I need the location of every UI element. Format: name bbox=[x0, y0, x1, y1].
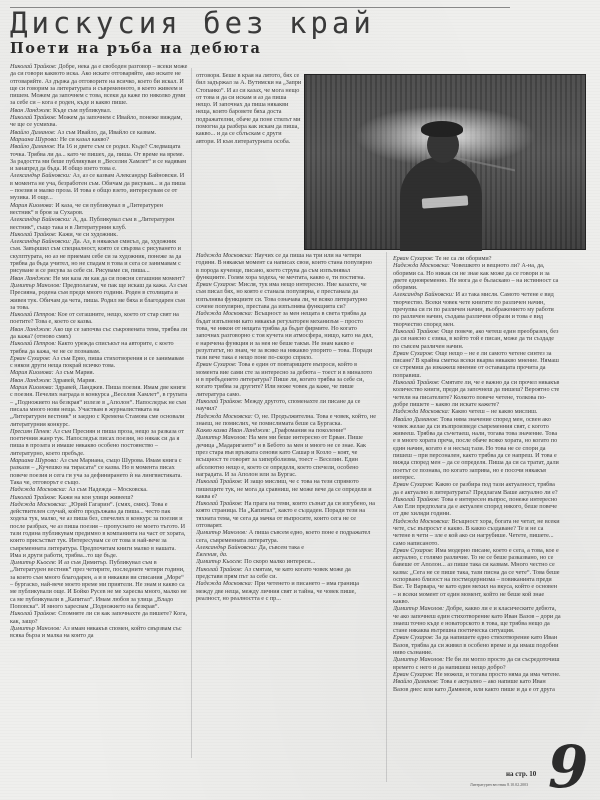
speaker-name: Николай Трайков: bbox=[393, 379, 441, 386]
speaker-text: Има модерно писане, което е сега, а това… bbox=[393, 547, 560, 605]
speaker-name: Надежда Московска: bbox=[10, 486, 68, 493]
speaker-name: Надежда Московска: bbox=[196, 252, 254, 259]
speaker-name: Ерван Сухаров: bbox=[10, 355, 52, 362]
speaker-name: Николай Трайков: bbox=[196, 478, 244, 485]
speaker-text: Не ми каза ли как да си поясня сегашния … bbox=[53, 275, 185, 282]
dialogue-paragraph: Александър Байновски: А, да. Публикувал … bbox=[10, 216, 188, 231]
dialogue-paragraph: Николай Трайков: Спомняте ли си как запо… bbox=[10, 610, 188, 625]
dialogue-paragraph: Надежда Московска: Научих се да пиша на … bbox=[196, 252, 376, 281]
dialogue-paragraph: Димитър Манолов: Предполагам, че пак ще … bbox=[10, 282, 188, 311]
speaker-name: Мария Киомова: bbox=[10, 369, 55, 376]
dialogue-paragraph: Димитър Манолов: На мен ми беше интересн… bbox=[196, 434, 376, 478]
speaker-text: Кажи на кои улици живееш? bbox=[58, 494, 133, 501]
dialogue-paragraph: Надежда Московска: Човешкото и вещното л… bbox=[393, 262, 561, 291]
speaker-name: Иван Ланджев: bbox=[10, 326, 53, 333]
speaker-name: Ерван Сухаров: bbox=[393, 255, 435, 262]
dialogue-paragraph: Пресиян Пенев: Аз съм Пресиян и пиша про… bbox=[10, 428, 188, 457]
dialogue-paragraph: Евгения, да. bbox=[196, 551, 376, 558]
speaker-name: Надежда Московска: bbox=[196, 580, 254, 587]
speaker-name: Ивайло Диманов: bbox=[393, 678, 440, 685]
speaker-text: Здравей, Мария. bbox=[53, 377, 96, 384]
speaker-name: Мария Киомова: bbox=[10, 384, 55, 391]
speaker-text: Здравей, Ланджев. Пиша поезия. Имам две … bbox=[10, 384, 187, 427]
continuation-note: на стр. 10 bbox=[506, 770, 536, 778]
speaker-name: Александър Байновски: bbox=[10, 216, 73, 223]
speaker-name: Димитър Манолов: bbox=[196, 434, 249, 441]
dialogue-paragraph: Иван Ланджев: Здравей, Мария. bbox=[10, 377, 188, 384]
speaker-name: Надежда Московска: bbox=[10, 501, 68, 508]
speaker-name: Ивайло Диманов: bbox=[10, 129, 57, 136]
speaker-text: Какво четеш – не какво мислиш. bbox=[451, 408, 537, 415]
dialogue-paragraph: Надежда Московска: При четенето и писане… bbox=[196, 580, 376, 602]
speaker-name: Николай Трайков: bbox=[10, 231, 58, 238]
article-column-middle: Надежда Московска: Научих се да пиша на … bbox=[196, 252, 376, 780]
speaker-name: Ивайло Диманов: bbox=[393, 416, 440, 423]
dialogue-paragraph: Ерван Сухаров: Какво се разбира под тази… bbox=[393, 481, 561, 496]
speaker-text: Да, съвсем така е bbox=[259, 544, 304, 551]
speaker-name: Надежда Московска: bbox=[393, 518, 451, 525]
speaker-name: Мария Киомова: bbox=[10, 202, 55, 209]
speaker-name: Димитър Манолов: bbox=[393, 605, 446, 612]
speaker-text: Не си казал какво? bbox=[60, 136, 109, 143]
speaker-name: Александър Байновски: bbox=[196, 544, 259, 551]
dialogue-paragraph: Ерван Сухаров: Още нещо – не е ли самото… bbox=[393, 350, 561, 379]
speaker-name: Мариана Шурова: bbox=[10, 136, 60, 143]
speaker-name: Мариана Шурова: bbox=[10, 457, 60, 464]
speaker-name: Димитър Манолов: bbox=[196, 529, 249, 536]
speaker-name: Николай Трайков: bbox=[10, 63, 58, 70]
speaker-name: Николай Трайков: bbox=[393, 328, 441, 335]
speaker-name: Евгения, да. bbox=[196, 551, 228, 558]
dialogue-paragraph: Димитър Кьосев: По скоро малко интереси.… bbox=[196, 558, 376, 565]
dialogue-paragraph: Мариана Шурова: Аз съм Мариана, също Шур… bbox=[10, 457, 188, 486]
speaker-name: Александър Байновски: bbox=[10, 172, 73, 179]
speaker-text: Къде съм публикувал. bbox=[53, 107, 111, 114]
article-column-left: Николай Трайков: Добре, нека да е свобод… bbox=[10, 63, 188, 753]
dialogue-paragraph: Ерван Сухаров: Те не са ли оборими? bbox=[393, 255, 561, 262]
newspaper-page: Дискусия без край Поети на ръба на дебют… bbox=[0, 0, 600, 800]
dialogue-paragraph: Ерван Сухаров: Има модерно писане, което… bbox=[393, 547, 561, 605]
dialogue-paragraph: Николай Трайков: Аз смятам, че като кога… bbox=[196, 566, 376, 581]
speaker-name: Надежда Московска: bbox=[393, 408, 451, 415]
speaker-text: „Графомания на поколение“ bbox=[272, 427, 346, 434]
dialogue-paragraph: Ивайло Диманов: Аз съм Ивайло, да, Ивайл… bbox=[10, 129, 188, 136]
headline: Дискусия без край bbox=[10, 6, 375, 40]
speaker-name: Ерван Сухаров: bbox=[393, 547, 435, 554]
dialogue-paragraph: Надежда Московска: „Юрий Гагарин“. (смях… bbox=[10, 501, 188, 559]
speaker-name: Ерван Сухаров: bbox=[393, 350, 435, 357]
dialogue-paragraph: Иван Ланджев: Къде съм публикувал. bbox=[10, 107, 188, 114]
speaker-text: Това няма значение според мен, освен ако… bbox=[393, 416, 559, 481]
speaker-name: Ерван Сухаров: bbox=[196, 281, 238, 288]
source-note: Литературен вестник 8.10.02.2003 bbox=[470, 782, 528, 787]
dialogue-paragraph: Ерван Сухаров: Мисля, тук има нещо интер… bbox=[196, 281, 376, 310]
column-divider bbox=[386, 252, 387, 782]
dialogue-paragraph: Димитър Манолов: Не би ли могло просто д… bbox=[393, 656, 561, 671]
dialogue-paragraph: Александър Байновски: Да. Аз, в някакъв … bbox=[10, 238, 188, 274]
speaker-name: Николай Трайков: bbox=[10, 114, 58, 121]
article-column-middle-top: отговоря. Беше в края на лятото, бях се … bbox=[196, 72, 302, 250]
dialogue-paragraph: Николай Трайков: На прага на теми, които… bbox=[196, 500, 376, 529]
speaker-name: Николай Трайков: bbox=[196, 398, 244, 405]
speaker-text: Добре, нека да е свободен разговор – все… bbox=[10, 63, 187, 106]
dialogue-paragraph: Николай Трайков: Още повече, ако четеш е… bbox=[393, 328, 561, 350]
dialogue-paragraph: Николай Петров: Както урежда списъкът на… bbox=[10, 340, 188, 355]
dialogue-paragraph: Ерван Сухаров: Аз съм Ерво, пиша стихотв… bbox=[10, 355, 188, 370]
speaker-name: Надежда Московска: bbox=[196, 413, 254, 420]
dialogue-paragraph: Димитър Манолов: А пиша съвсем едно, кое… bbox=[196, 529, 376, 544]
dialogue-paragraph: Ивайло Диманов: На 16 и двете съм се род… bbox=[10, 143, 188, 172]
dialogue-paragraph: Иван Ланджев: Ако ще се започва със съкр… bbox=[10, 326, 188, 341]
dialogue-paragraph: Ерван Сухаров: Не можеш, и тогава просто… bbox=[393, 671, 561, 678]
speaker-name: Ерван Сухаров: bbox=[393, 634, 435, 641]
dialogue-paragraph: Мария Киомова: Здравей, Ланджев. Пиша по… bbox=[10, 384, 188, 428]
speaker-name: Николай Петров: bbox=[10, 311, 58, 318]
speaker-text: Аз съм Надежда – Московска. bbox=[68, 486, 147, 493]
speaker-name: Надежда Московска: bbox=[393, 262, 451, 269]
dialogue-paragraph: Мария Киомова: Аз съм Мария. bbox=[10, 369, 188, 376]
speaker-name: Димитър Манолов: bbox=[10, 282, 63, 289]
speaker-text: „Юрий Гагарин“. (смях, смях). Това е дей… bbox=[10, 501, 185, 559]
dialogue-paragraph: Николай Трайков: Можем да започнем с Ива… bbox=[10, 114, 188, 129]
dialogue-paragraph: Ивайло Диманов: Това няма значение споре… bbox=[393, 416, 561, 482]
dialogue-paragraph: Александър Байновски: И аз така мисля. С… bbox=[393, 291, 561, 327]
speaker-name: Ивайло Диманов: bbox=[10, 143, 57, 150]
dialogue-paragraph: Ерван Сухаров: За да напишете едно стихо… bbox=[393, 634, 561, 656]
speaker-name: Димитър Манолов: bbox=[393, 656, 446, 663]
speaker-name: Какво казва Иван Ланджев: bbox=[196, 427, 272, 434]
speaker-name: Николай Трайков: bbox=[196, 566, 244, 573]
speaker-name: Димитър Кьосев: bbox=[10, 559, 58, 566]
speaker-name: Димитър Манолов: bbox=[10, 625, 63, 632]
dialogue-paragraph: Надежда Московска: Аз съм Надежда – Моск… bbox=[10, 486, 188, 493]
column-divider bbox=[191, 68, 192, 758]
dialogue-paragraph: Иван Ланджев: Не ми каза ли как да си по… bbox=[10, 275, 188, 282]
page-number: 9 bbox=[548, 738, 588, 796]
dialogue-paragraph: Николай Трайков: И защо мислиш, че с тов… bbox=[196, 478, 376, 500]
dialogue-paragraph: Надежда Московска: Всъщност хора, богата… bbox=[393, 518, 561, 547]
speaker-name: Александър Байновски: bbox=[10, 238, 73, 245]
speaker-text: По скоро малко интереси... bbox=[244, 558, 315, 565]
subheadline: Поети на ръба на дебюта bbox=[10, 40, 261, 58]
dialogue-paragraph: Николай Трайков: Между другото, споменах… bbox=[196, 398, 376, 413]
photo-figure-hat bbox=[421, 121, 463, 137]
dialogue-paragraph: Николай Трайков: Кажи на кои улици живее… bbox=[10, 494, 188, 501]
dialogue-paragraph: Димитър Кьосев: И аз съм Димитър. Публик… bbox=[10, 559, 188, 610]
speaker-name: Иван Ланджев: bbox=[10, 377, 53, 384]
article-column-right: Ерван Сухаров: Те не са ли оборими?Надеж… bbox=[393, 255, 561, 695]
dialogue-paragraph: Надежда Московска: О, не. Продължителна.… bbox=[196, 413, 376, 428]
dialogue-paragraph: Димитър Манолов: Добре, какво ли е и кла… bbox=[393, 605, 561, 634]
speaker-text: Всъщност за мен нещата в света трябва да… bbox=[196, 310, 373, 361]
speaker-name: Ерван Сухаров: bbox=[393, 671, 435, 678]
dialogue-paragraph: Какво казва Иван Ланджев: „Графомания на… bbox=[196, 427, 376, 434]
speaker-text: Кажи, че си художник. bbox=[58, 231, 118, 238]
speaker-name: Николай Трайков: bbox=[10, 610, 58, 617]
dialogue-paragraph: Ерван Сухаров: Това е един от повтарящит… bbox=[196, 361, 376, 397]
speaker-name: Пресиян Пенев: bbox=[10, 428, 53, 435]
dialogue-paragraph: Надежда Московска: Какво четеш – не какв… bbox=[393, 408, 561, 415]
speaker-name: Ерван Сухаров: bbox=[196, 361, 238, 368]
speaker-name: Николай Трайков: bbox=[393, 496, 441, 503]
dialogue-paragraph: Мариана Шурова: Не си казал какво? bbox=[10, 136, 188, 143]
dialogue-paragraph: Александър Байновски: Да, съвсем така е bbox=[196, 544, 376, 551]
speaker-name: Николай Трайков: bbox=[10, 494, 58, 501]
speaker-text: Те не са ли оборими? bbox=[435, 255, 491, 262]
speaker-text: Аз съм Мария. bbox=[55, 369, 94, 376]
speaker-name: Димитър Кьосев: bbox=[196, 558, 244, 565]
article-photo bbox=[304, 74, 586, 250]
paragraph: отговоря. Беше в края на лятото, бях се … bbox=[196, 72, 302, 145]
dialogue-paragraph: Николай Трайков: Смятате ли, че е важно … bbox=[393, 379, 561, 408]
speaker-name: Иван Ланджев: bbox=[10, 107, 53, 114]
speaker-name: Иван Ланджев: bbox=[10, 275, 53, 282]
speaker-text: Не можеш, и тогава просто няма да има че… bbox=[435, 671, 560, 678]
speaker-name: Надежда Московска: bbox=[196, 310, 254, 317]
speaker-name: Александър Байновски: bbox=[393, 291, 456, 298]
dialogue-paragraph: Николай Трайков: Това е интересен въпрос… bbox=[393, 496, 561, 518]
speaker-name: Ерван Сухаров: bbox=[393, 481, 435, 488]
dialogue-paragraph: Николай Трайков: Добре, нека да е свобод… bbox=[10, 63, 188, 107]
dialogue-paragraph: Димитър Манолов: Аз имам някакъв спомен,… bbox=[10, 625, 188, 640]
dialogue-paragraph: Надежда Московска: Всъщност за мен нещат… bbox=[196, 310, 376, 361]
speaker-text: На мен ми беше интересно от Ерван. Пише … bbox=[196, 434, 366, 477]
speaker-name: Николай Петров: bbox=[10, 340, 58, 347]
dialogue-paragraph: Николай Петров: Кое от сегашните, нещо, … bbox=[10, 311, 188, 326]
speaker-name: Николай Трайков: bbox=[196, 500, 244, 507]
dialogue-paragraph: Александър Байновски: Аз, аз се казвам А… bbox=[10, 172, 188, 201]
speaker-text: И аз съм Димитър. Публикувал съм в „Лите… bbox=[10, 559, 187, 610]
dialogue-paragraph: Николай Трайков: Кажи, че си художник. bbox=[10, 231, 188, 238]
speaker-text: Аз съм Ивайло, да, Ивайло се казвам. bbox=[57, 129, 156, 136]
dialogue-paragraph: Ивайло Диманов: Това е актуално – ако на… bbox=[393, 678, 561, 695]
dialogue-paragraph: Мария Киомова: И каза, че си публикувал … bbox=[10, 202, 188, 217]
